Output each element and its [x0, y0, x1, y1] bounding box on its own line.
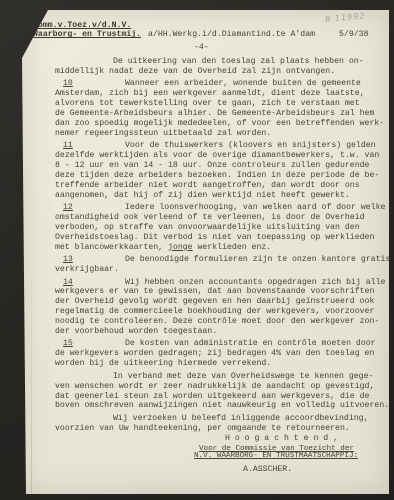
- paragraph-text: Wij hebben onzen accountants opgedragen …: [55, 278, 394, 337]
- paper: B 11992 Comm.v.Toez.v/d.N.V.Waarborg- en…: [22, 10, 389, 494]
- paragraph-text: In verband met deze van Overheidswege te…: [55, 372, 394, 412]
- paragraph: In verband met deze van Overheidswege te…: [55, 372, 394, 412]
- page-number: -4-: [194, 43, 209, 52]
- numbered-paragraph: 14Wij hebben onzen accountants opgedrage…: [55, 278, 394, 337]
- item-number: 12: [63, 203, 73, 213]
- paragraph: De uitkeering van den toeslag zal plaats…: [55, 57, 394, 77]
- item-number: 13: [63, 255, 73, 265]
- sender-block: Comm.v.Toez.v/d.N.V.Waarborg- en Trustmi…: [33, 21, 141, 40]
- sender-line1: Comm.v.Toez.v/d.N.V.: [33, 21, 131, 30]
- paragraph-text: Voor de thuiswerkers (kloovers en snijst…: [55, 141, 394, 200]
- numbered-paragraph: 15De kosten van administratie en contrôl…: [55, 339, 394, 369]
- numbered-paragraph: 12Iedere loonsverhooging, van welken aar…: [55, 203, 394, 253]
- paragraph-text: Iedere loonsverhooging, van welken aard …: [55, 203, 394, 253]
- date: 5/9/38: [339, 30, 368, 39]
- numbered-paragraph: 11Voor de thuiswerkers (kloovers en snij…: [55, 141, 394, 200]
- numbered-paragraph: 10Wanneer een arbeider, wonende buiten d…: [55, 79, 394, 138]
- paragraph-text: De benoodigde formulieren zijn te onzen …: [55, 255, 394, 275]
- paragraph-text: Wij verzoeken U beleefd inliggende accoo…: [55, 414, 394, 434]
- paragraph: Wij verzoeken U beleefd inliggende accoo…: [55, 414, 394, 434]
- pencil-annotation: B 11992: [325, 11, 366, 23]
- numbered-paragraph: 13De benoodigde formulieren zijn te onze…: [55, 255, 394, 275]
- salutation: H o o g a c h t e n d ,: [225, 434, 338, 443]
- item-number: 14: [63, 278, 73, 288]
- paper-crease: [31, 230, 32, 494]
- item-number: 10: [63, 79, 73, 89]
- closing-org-line2: N.V. WAARBORG- EN TRUSTMAATSCHAPPIJ:: [194, 452, 358, 460]
- document-body: De uitkeering van den toeslag zal plaats…: [55, 57, 394, 434]
- subject-line: a/HH.Werkg.i/d.Diamantind.te A'dam: [148, 30, 315, 39]
- item-number: 11: [63, 141, 73, 151]
- sender-line2: Waarborg- en Trustmij.: [33, 30, 141, 39]
- paragraph-text: De uitkeering van den toeslag zal plaats…: [55, 57, 394, 77]
- paragraph-text: Wanneer een arbeider, wonende buiten de …: [55, 79, 394, 138]
- photo-backdrop: B 11992 Comm.v.Toez.v/d.N.V.Waarborg- en…: [0, 0, 394, 500]
- item-number: 15: [63, 339, 73, 349]
- paragraph-text: De kosten van administratie en contrôle …: [55, 339, 394, 369]
- signature: A.ASSCHER.: [243, 465, 292, 474]
